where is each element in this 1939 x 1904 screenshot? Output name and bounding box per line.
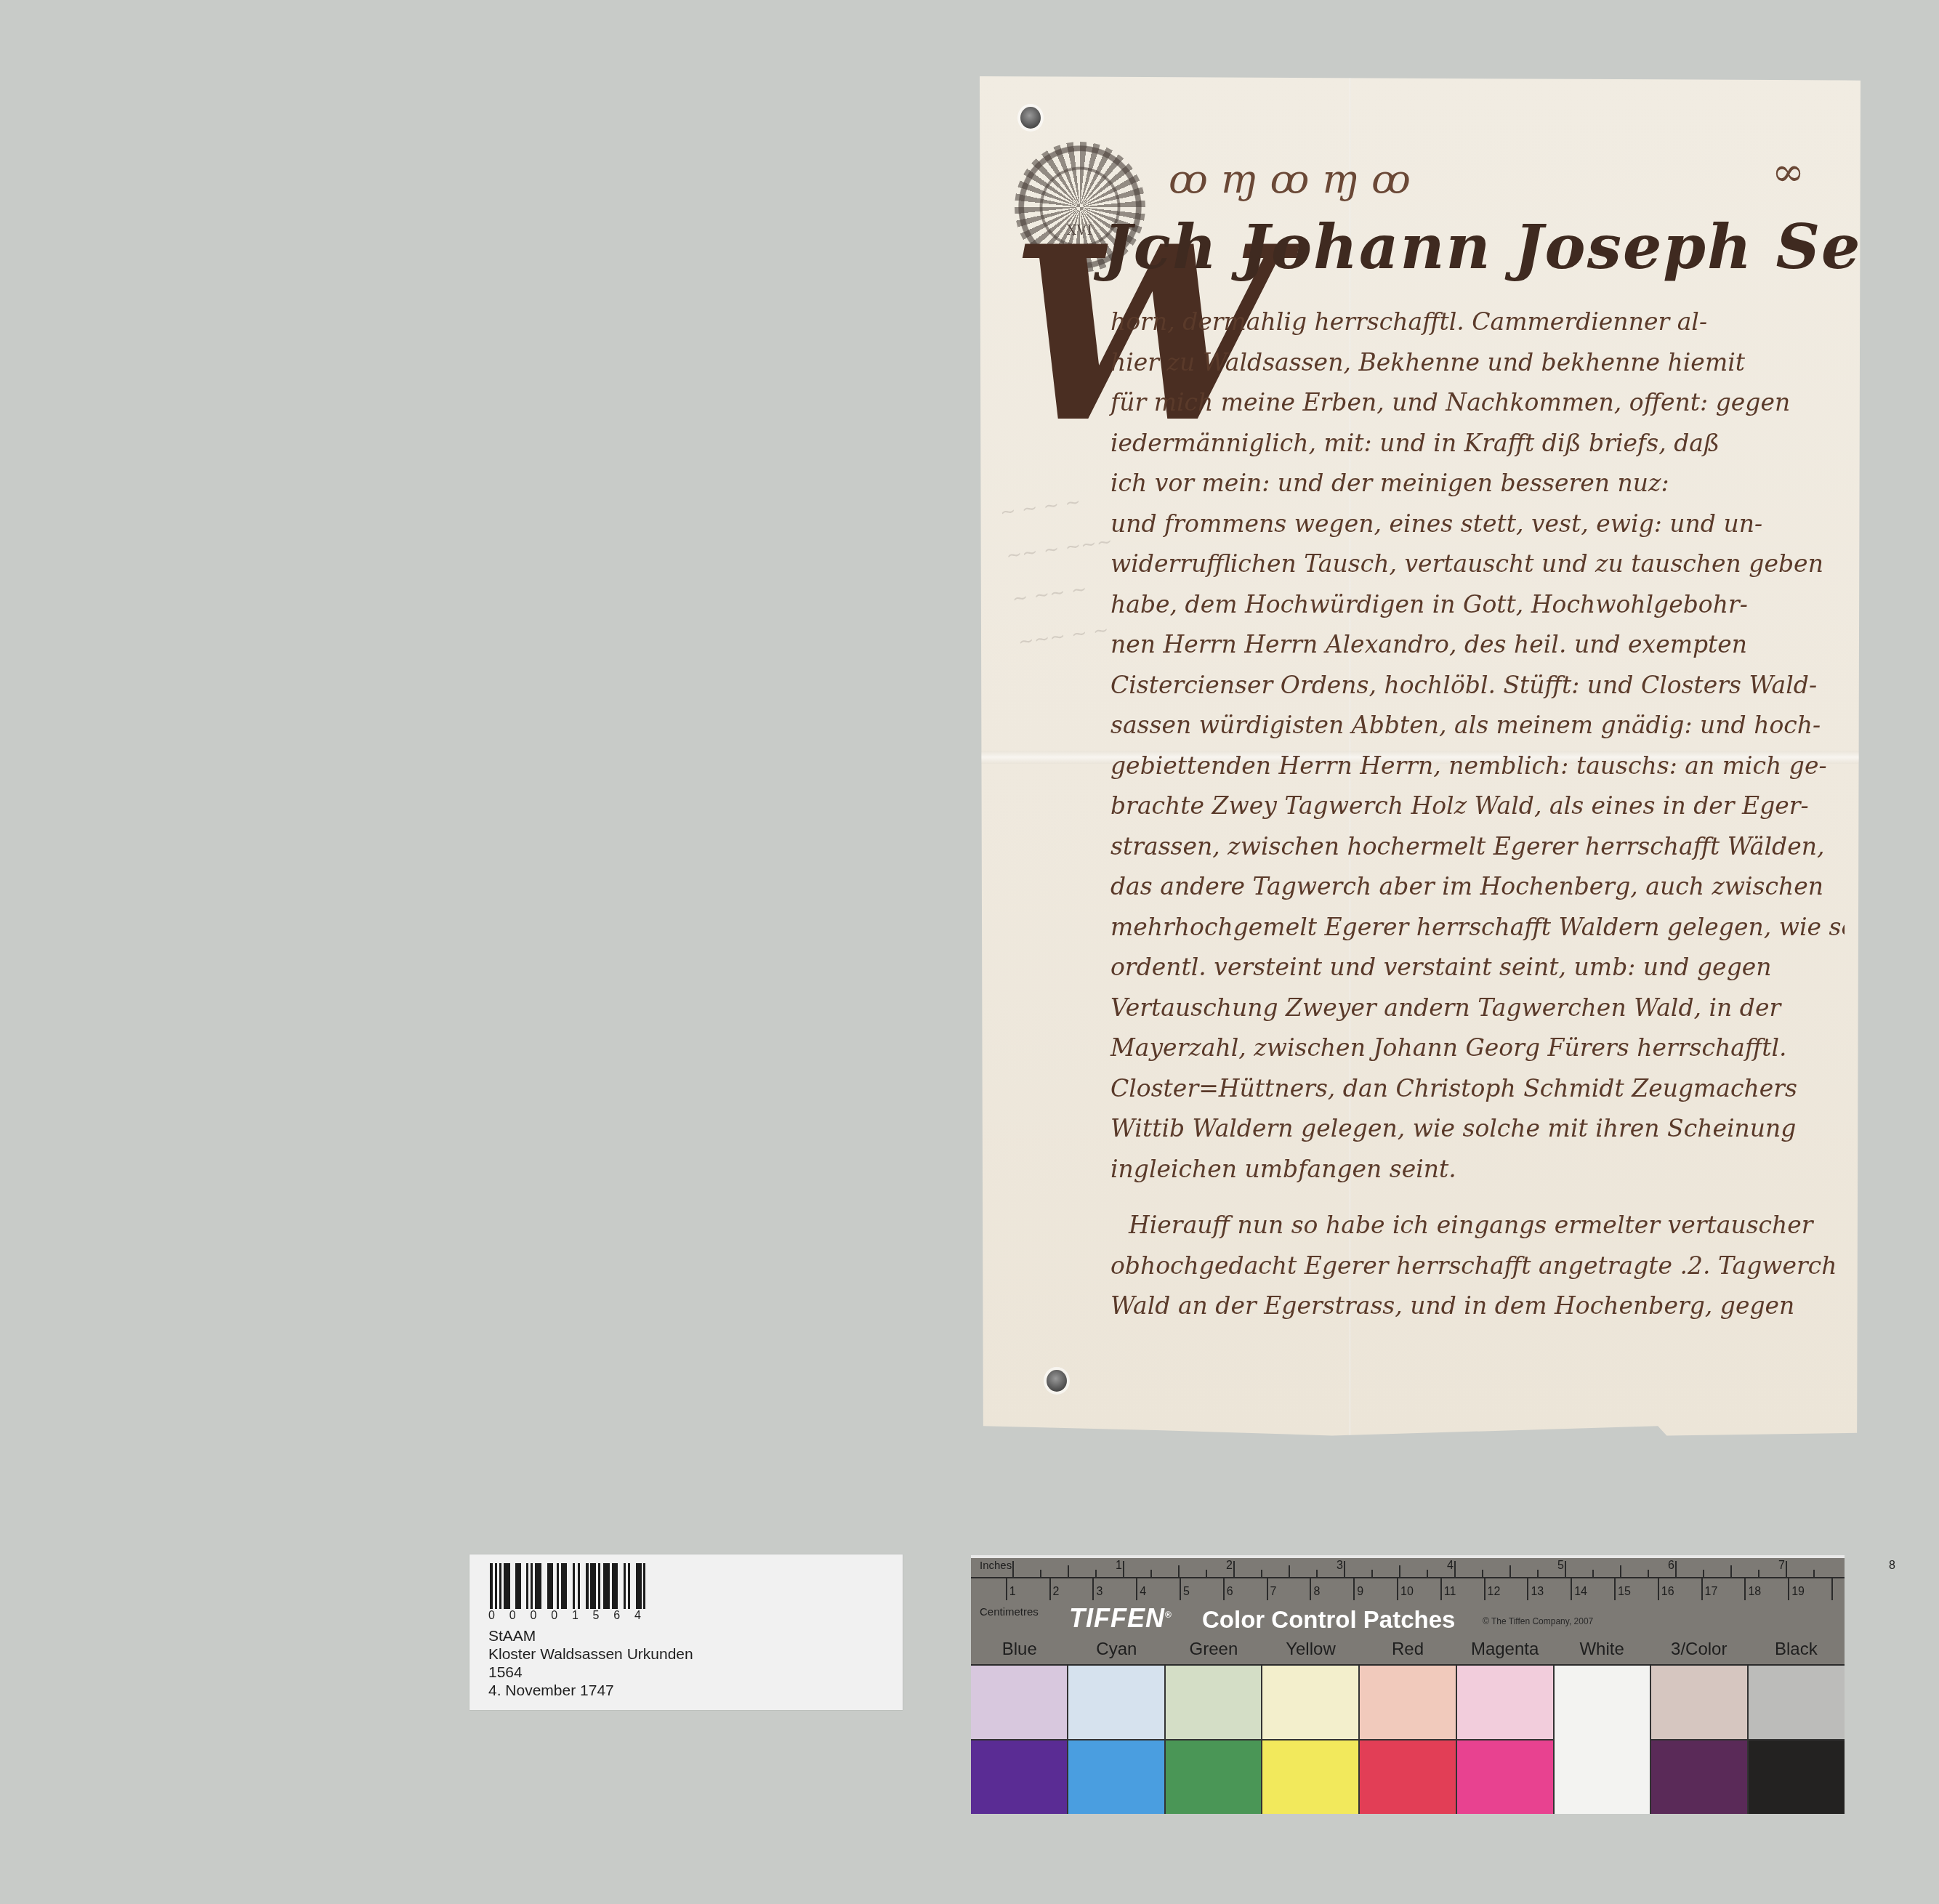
patch-light-swatch bbox=[1068, 1666, 1164, 1740]
document-heading: Jch Johann Joseph Sel bbox=[1103, 211, 1886, 283]
cm-tick-label: 15 bbox=[1618, 1586, 1631, 1599]
cm-tick bbox=[1180, 1578, 1181, 1600]
chart-header: Inches 123456781234567891011121314151617… bbox=[971, 1555, 1845, 1666]
patch-column bbox=[1555, 1666, 1652, 1814]
text-line: sassen würdigisten Abbten, als meinem gn… bbox=[1001, 705, 1845, 746]
text-line: habe, dem Hochwürdigen in Gott, Hochwohl… bbox=[1001, 584, 1845, 625]
patch-names: Blue Cyan Green Yellow Red Magenta White… bbox=[971, 1639, 1845, 1660]
text-line: Hierauff nun so habe ich eingangs ermelt… bbox=[1001, 1205, 1845, 1246]
cm-tick bbox=[1571, 1578, 1572, 1600]
cm-tick-label: 13 bbox=[1531, 1586, 1544, 1599]
archive-label: 0 0 0 0 1 5 6 4 StAAM Kloster Waldsassen… bbox=[469, 1554, 903, 1710]
cm-tick-label: 19 bbox=[1791, 1586, 1805, 1599]
cm-tick bbox=[1788, 1578, 1789, 1600]
cm-tick bbox=[1744, 1578, 1746, 1600]
patch-column bbox=[971, 1666, 1068, 1814]
patch-name: 3/Color bbox=[1650, 1639, 1748, 1660]
patch-light-swatch bbox=[1555, 1666, 1650, 1740]
patch-name: Black bbox=[1748, 1639, 1845, 1660]
patch-dark-swatch bbox=[1749, 1740, 1845, 1814]
document-number: 1564 bbox=[488, 1663, 693, 1682]
patch-column bbox=[1262, 1666, 1360, 1814]
text-line: mehrhochgemelt Egerer herrschafft Walder… bbox=[1001, 907, 1845, 948]
text-line: Wald an der Egerstrass, und in dem Hoche… bbox=[1001, 1286, 1845, 1326]
patch-dark-swatch bbox=[1555, 1740, 1650, 1814]
cm-tick bbox=[1614, 1578, 1616, 1600]
text-line: Cistercienser Ordens, hochlöbl. Stüfft: … bbox=[1001, 665, 1845, 706]
patch-column bbox=[1457, 1666, 1555, 1814]
patch-dark-swatch bbox=[971, 1740, 1067, 1814]
text-line: iedermänniglich, mit: und in Krafft diß … bbox=[1001, 423, 1845, 464]
barcode-digit: 0 bbox=[551, 1610, 557, 1623]
text-line: widerrufflichen Tausch, vertauscht und z… bbox=[1001, 544, 1845, 584]
patch-light-swatch bbox=[1457, 1666, 1553, 1740]
cm-tick bbox=[1701, 1578, 1703, 1600]
cm-tick bbox=[1397, 1578, 1398, 1600]
inch-tick bbox=[1289, 1565, 1290, 1577]
patch-column bbox=[1749, 1666, 1845, 1814]
inch-tick bbox=[1261, 1570, 1262, 1577]
cm-tick bbox=[1658, 1578, 1659, 1600]
patch-dark-swatch bbox=[1651, 1740, 1747, 1814]
inch-tick bbox=[1123, 1561, 1124, 1577]
inch-tick bbox=[1150, 1570, 1152, 1577]
collection-name: Kloster Waldsassen Urkunden bbox=[488, 1645, 693, 1663]
cm-tick-label: 1 bbox=[1009, 1586, 1016, 1599]
inch-tick bbox=[1482, 1570, 1483, 1577]
cm-tick bbox=[1440, 1578, 1442, 1600]
cm-tick bbox=[1831, 1578, 1833, 1600]
color-control-chart: Inches 123456781234567891011121314151617… bbox=[971, 1555, 1845, 1814]
barcode-digit: 0 bbox=[509, 1610, 516, 1623]
cm-tick-label: 12 bbox=[1488, 1586, 1501, 1599]
copyright-text: © The Tiffen Company, 2007 bbox=[1483, 1616, 1593, 1626]
barcode-icon bbox=[490, 1563, 645, 1609]
chart-title: Color Control Patches bbox=[1202, 1606, 1455, 1634]
tiffen-logo: TIFFEN® bbox=[1069, 1603, 1172, 1634]
cm-tick-label: 17 bbox=[1705, 1586, 1718, 1599]
cm-tick bbox=[1092, 1578, 1094, 1600]
patch-name: White bbox=[1553, 1639, 1650, 1660]
cm-tick bbox=[1223, 1578, 1225, 1600]
cm-tick bbox=[1049, 1578, 1051, 1600]
punch-hole-bottom-icon bbox=[1047, 1370, 1067, 1392]
cm-tick-label: 14 bbox=[1574, 1586, 1587, 1599]
patch-light-swatch bbox=[1360, 1666, 1456, 1740]
text-line: gebiettenden Herrn Herrn, nemblich: taus… bbox=[1001, 746, 1845, 786]
text-line: horn, dermahlig herrschafftl. Cammerdien… bbox=[1001, 302, 1845, 342]
inch-tick bbox=[1233, 1561, 1235, 1577]
text-line: Wittib Waldern gelegen, wie solche mit i… bbox=[1001, 1108, 1845, 1149]
patch-dark-swatch bbox=[1262, 1740, 1358, 1814]
patch-light-swatch bbox=[971, 1666, 1067, 1740]
inch-tick bbox=[1509, 1565, 1511, 1577]
patch-dark-swatch bbox=[1360, 1740, 1456, 1814]
inch-tick bbox=[1316, 1570, 1318, 1577]
barcode-digit: 0 bbox=[488, 1610, 495, 1623]
inch-tick bbox=[1095, 1570, 1097, 1577]
cm-tick-label: 2 bbox=[1053, 1586, 1060, 1599]
inch-tick bbox=[1813, 1570, 1815, 1577]
text-line: ordentl. versteint und verstaint seint, … bbox=[1001, 947, 1845, 988]
inch-ruler: Inches bbox=[971, 1558, 1845, 1578]
barcode-digit: 5 bbox=[593, 1610, 600, 1623]
inch-tick bbox=[1537, 1570, 1539, 1577]
inch-tick-label: 5 bbox=[1557, 1560, 1564, 1573]
patch-dark-swatch bbox=[1457, 1740, 1553, 1814]
cm-tick bbox=[1310, 1578, 1311, 1600]
inch-tick-label: 3 bbox=[1337, 1560, 1343, 1573]
brand-name: TIFFEN bbox=[1069, 1603, 1165, 1633]
cm-tick bbox=[1527, 1578, 1528, 1600]
cm-tick bbox=[1006, 1578, 1007, 1600]
barcode-digit: 0 bbox=[530, 1610, 536, 1623]
patch-light-swatch bbox=[1749, 1666, 1845, 1740]
text-line: Mayerzahl, zwischen Johann Georg Fürers … bbox=[1001, 1028, 1845, 1068]
inch-tick bbox=[1454, 1561, 1456, 1577]
patch-column bbox=[1068, 1666, 1166, 1814]
inch-tick bbox=[1675, 1561, 1677, 1577]
cm-tick-label: 6 bbox=[1227, 1586, 1233, 1599]
cm-tick-label: 9 bbox=[1357, 1586, 1363, 1599]
flourish-ornament-icon: ꝏ ɱ ꝏ ɱ ꝏ bbox=[1169, 156, 1411, 202]
text-line: obhochgedacht Egerer herrschafft angetra… bbox=[1001, 1246, 1845, 1286]
patch-name: Red bbox=[1359, 1639, 1456, 1660]
document-date: 4. November 1747 bbox=[488, 1682, 693, 1700]
text-line: Vertauschung Zweyer andern Tagwerchen Wa… bbox=[1001, 988, 1845, 1028]
inch-tick-label: 6 bbox=[1668, 1560, 1674, 1573]
cm-tick-label: 7 bbox=[1270, 1586, 1277, 1599]
barcode-number: 0 0 0 0 1 5 6 4 bbox=[488, 1610, 641, 1623]
inch-tick bbox=[1068, 1565, 1069, 1577]
cm-tick-label: 3 bbox=[1096, 1586, 1102, 1599]
label-text: StAAM Kloster Waldsassen Urkunden 1564 4… bbox=[488, 1627, 693, 1700]
patch-dark-swatch bbox=[1166, 1740, 1262, 1814]
patch-name: Magenta bbox=[1456, 1639, 1554, 1660]
patch-light-swatch bbox=[1651, 1666, 1747, 1740]
patch-light-swatch bbox=[1166, 1666, 1262, 1740]
cm-tick-label: 5 bbox=[1183, 1586, 1190, 1599]
inch-tick bbox=[1371, 1570, 1373, 1577]
inch-tick bbox=[1648, 1570, 1649, 1577]
inch-tick bbox=[1427, 1570, 1428, 1577]
inch-tick bbox=[1344, 1561, 1345, 1577]
cm-tick bbox=[1484, 1578, 1486, 1600]
cm-tick-label: 18 bbox=[1748, 1586, 1761, 1599]
inch-tick bbox=[1703, 1570, 1704, 1577]
patch-column bbox=[1651, 1666, 1749, 1814]
inch-tick-label: 4 bbox=[1447, 1560, 1454, 1573]
cm-tick bbox=[1267, 1578, 1268, 1600]
patch-column bbox=[1360, 1666, 1457, 1814]
cm-tick-label: 11 bbox=[1444, 1586, 1456, 1599]
inch-tick bbox=[1592, 1570, 1594, 1577]
text-line: hier zu Waldsassen, Bekhenne und bekhenn… bbox=[1001, 342, 1845, 383]
cm-tick-label: 4 bbox=[1140, 1586, 1146, 1599]
barcode-digit: 4 bbox=[634, 1610, 641, 1623]
text-line: das andere Tagwerch aber im Hochenberg, … bbox=[1001, 866, 1845, 907]
cm-tick-label: 8 bbox=[1313, 1586, 1320, 1599]
cm-tick bbox=[1136, 1578, 1137, 1600]
inch-tick bbox=[1565, 1561, 1566, 1577]
punch-hole-top-icon bbox=[1020, 107, 1041, 129]
barcode-digit: 1 bbox=[572, 1610, 579, 1623]
patch-name: Yellow bbox=[1262, 1639, 1360, 1660]
inch-tick bbox=[1786, 1561, 1787, 1577]
inches-label: Inches bbox=[980, 1560, 1012, 1572]
inch-tick bbox=[1178, 1565, 1180, 1577]
inch-tick bbox=[1206, 1570, 1207, 1577]
patch-name: Cyan bbox=[1068, 1639, 1166, 1660]
manuscript-sheet: ~ ~ ~ ~ ~~ ~ ~~~ ~ ~~ ~ ~~~ ~ ~ XVI W ꝏ … bbox=[980, 76, 1861, 1441]
text-line: ich vor mein: und der meinigen besseren … bbox=[1001, 463, 1845, 504]
text-line: ingleichen umbfangen seint. bbox=[1001, 1149, 1845, 1190]
patch-light-swatch bbox=[1262, 1666, 1358, 1740]
inch-tick-label: 1 bbox=[1116, 1560, 1122, 1573]
text-line: für mich meine Erben, und Nachkommen, of… bbox=[1001, 382, 1845, 423]
color-patches bbox=[971, 1664, 1845, 1814]
inch-tick bbox=[1012, 1561, 1014, 1577]
text-line: Closter=Hüttners, dan Christoph Schmidt … bbox=[1001, 1068, 1845, 1109]
inch-tick-label: 2 bbox=[1226, 1560, 1233, 1573]
inch-tick bbox=[1758, 1570, 1759, 1577]
patch-column bbox=[1166, 1666, 1263, 1814]
flourish-ornament-icon: ∞ bbox=[1772, 149, 1805, 195]
text-line: und frommens wegen, eines stett, vest, e… bbox=[1001, 504, 1845, 544]
cm-tick bbox=[1353, 1578, 1355, 1600]
patch-name: Green bbox=[1165, 1639, 1262, 1660]
inch-tick-label: 8 bbox=[1889, 1560, 1895, 1573]
inch-tick bbox=[1730, 1565, 1732, 1577]
cm-tick-label: 16 bbox=[1661, 1586, 1674, 1599]
cm-tick-label: 10 bbox=[1400, 1586, 1414, 1599]
barcode-digit: 6 bbox=[613, 1610, 620, 1623]
inch-tick bbox=[1399, 1565, 1400, 1577]
inch-tick-label: 7 bbox=[1778, 1560, 1785, 1573]
manuscript-text: horn, dermahlig herrschafftl. Cammerdien… bbox=[1001, 302, 1845, 1326]
centimetres-label: Centimetres bbox=[980, 1606, 1039, 1618]
patch-dark-swatch bbox=[1068, 1740, 1164, 1814]
archive-name: StAAM bbox=[488, 1627, 693, 1645]
inch-tick bbox=[1620, 1565, 1621, 1577]
text-line: strassen, zwischen hochermelt Egerer her… bbox=[1001, 826, 1845, 867]
text-line: nen Herrn Herrn Alexandro, des heil. und… bbox=[1001, 624, 1845, 665]
inch-tick bbox=[1040, 1570, 1041, 1577]
patch-name: Blue bbox=[971, 1639, 1068, 1660]
text-line: brachte Zwey Tagwerch Holz Wald, als ein… bbox=[1001, 786, 1845, 826]
